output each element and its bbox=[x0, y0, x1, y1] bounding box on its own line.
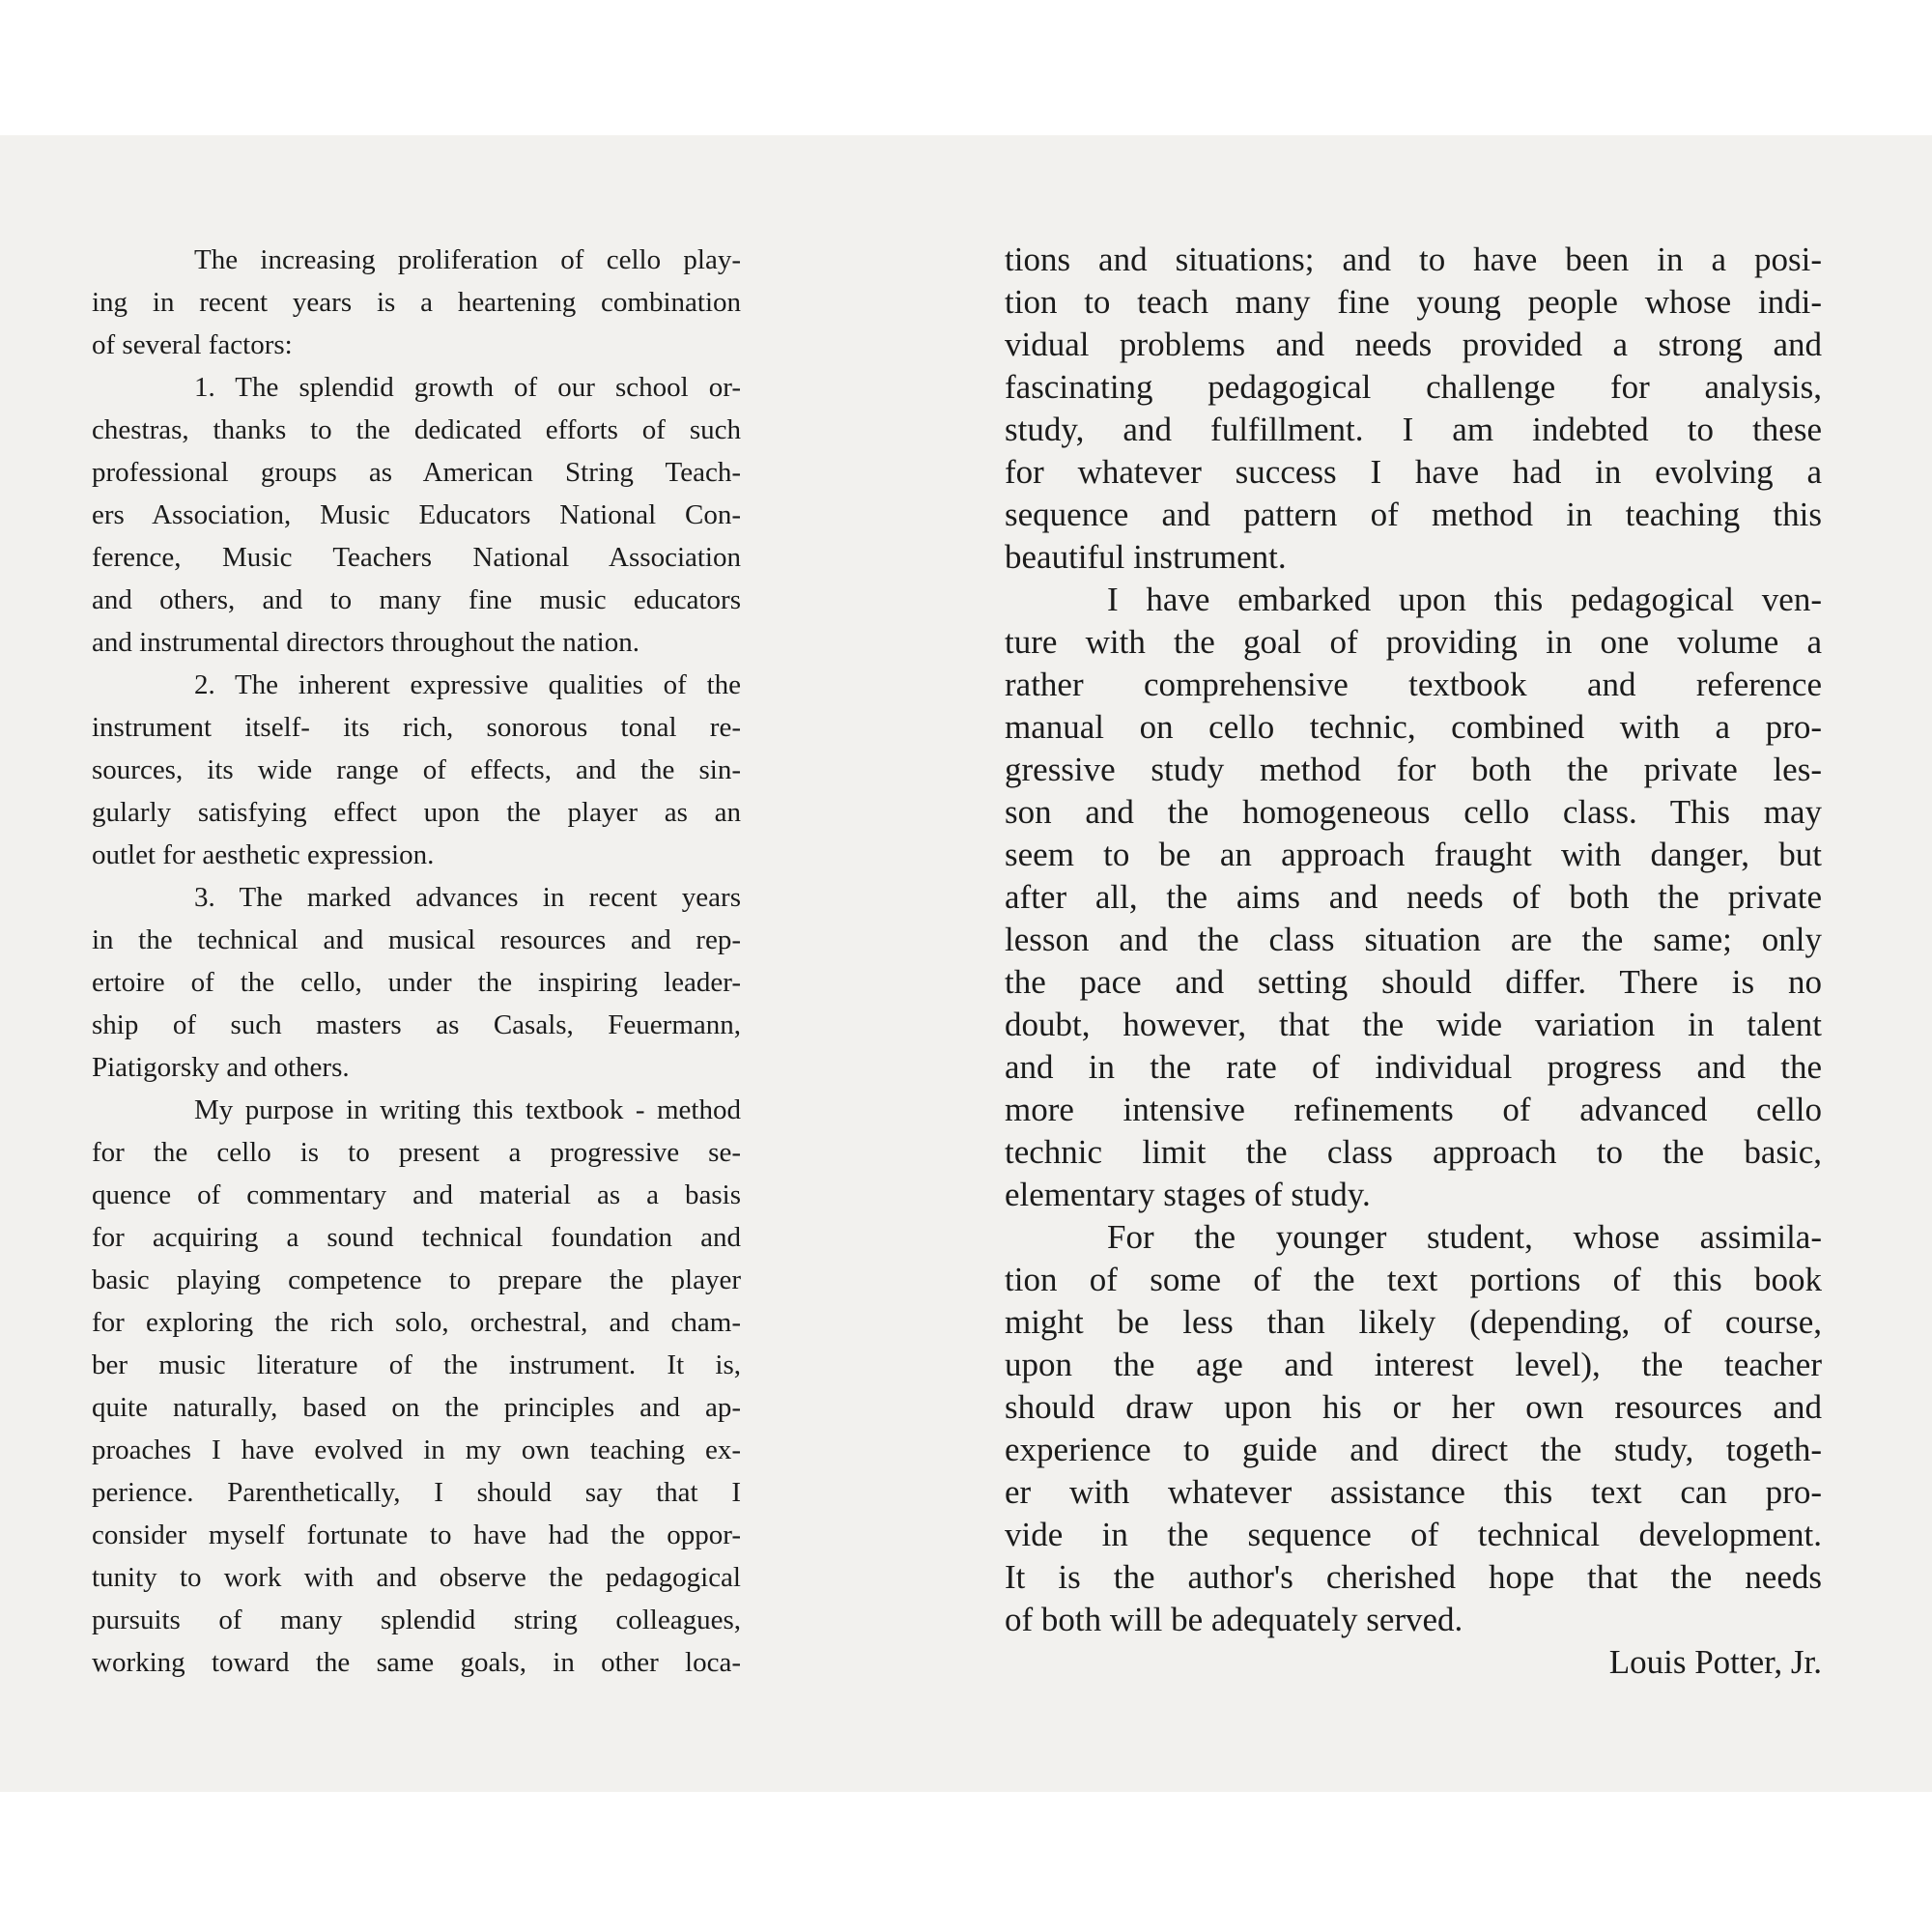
text-line: gressive study method for both the priva… bbox=[1005, 749, 1822, 791]
text-line: basic playing competence to prepare the … bbox=[92, 1259, 741, 1301]
text-line: ertoire of the cello, under the inspirin… bbox=[92, 961, 741, 1004]
text-line: elementary stages of study. bbox=[1005, 1174, 1822, 1216]
text-line: ference, Music Teachers National Associa… bbox=[92, 536, 741, 579]
text-line: ers Association, Music Educators Nationa… bbox=[92, 494, 741, 536]
author-signature: Louis Potter, Jr. bbox=[1005, 1641, 1822, 1684]
text-line: of several factors: bbox=[92, 324, 741, 366]
text-line: for acquiring a sound technical foundati… bbox=[92, 1216, 741, 1259]
text-line: experience to guide and direct the study… bbox=[1005, 1429, 1822, 1471]
text-line: working toward the same goals, in other … bbox=[92, 1641, 741, 1684]
text-line: sequence and pattern of method in teachi… bbox=[1005, 494, 1822, 536]
text-line: for the cello is to present a progressiv… bbox=[92, 1131, 741, 1174]
text-line: for exploring the rich solo, orchestral,… bbox=[92, 1301, 741, 1344]
right-column-lines: tions and situations; and to have been i… bbox=[1005, 239, 1822, 1641]
text-line: instrument itself- its rich, sonorous to… bbox=[92, 706, 741, 749]
text-line: For the younger student, whose assimila- bbox=[1005, 1216, 1822, 1259]
text-line: 3. The marked advances in recent years bbox=[92, 876, 741, 919]
text-line: ber music literature of the instrument. … bbox=[92, 1344, 741, 1386]
text-line: of both will be adequately served. bbox=[1005, 1599, 1822, 1641]
text-line: lesson and the class situation are the s… bbox=[1005, 919, 1822, 961]
text-line: ture with the goal of providing in one v… bbox=[1005, 621, 1822, 664]
screenshot-root: { "page": { "background_color": "#ffffff… bbox=[0, 0, 1932, 1932]
right-text-column: tions and situations; and to have been i… bbox=[1005, 239, 1822, 1684]
text-line: and instrumental directors throughout th… bbox=[92, 621, 741, 664]
text-line: vidual problems and needs provided a str… bbox=[1005, 324, 1822, 366]
text-line: and others, and to many fine music educa… bbox=[92, 579, 741, 621]
text-line: chestras, thanks to the dedicated effort… bbox=[92, 409, 741, 451]
text-line: 2. The inherent expressive qualities of … bbox=[92, 664, 741, 706]
text-line: gularly satisfying effect upon the playe… bbox=[92, 791, 741, 834]
text-line: consider myself fortunate to have had th… bbox=[92, 1514, 741, 1556]
text-line: My purpose in writing this textbook - me… bbox=[92, 1089, 741, 1131]
text-line: Piatigorsky and others. bbox=[92, 1046, 741, 1089]
text-line: seem to be an approach fraught with dang… bbox=[1005, 834, 1822, 876]
text-line: upon the age and interest level), the te… bbox=[1005, 1344, 1822, 1386]
text-line: perience. Parenthetically, I should say … bbox=[92, 1471, 741, 1514]
text-line: for whatever success I have had in evolv… bbox=[1005, 451, 1822, 494]
text-line: beautiful instrument. bbox=[1005, 536, 1822, 579]
text-line: pursuits of many splendid string colleag… bbox=[92, 1599, 741, 1641]
text-line: outlet for aesthetic expression. bbox=[92, 834, 741, 876]
text-line: professional groups as American String T… bbox=[92, 451, 741, 494]
text-line: after all, the aims and needs of both th… bbox=[1005, 876, 1822, 919]
text-line: It is the author's cherished hope that t… bbox=[1005, 1556, 1822, 1599]
text-line: The increasing proliferation of cello pl… bbox=[92, 239, 741, 281]
text-line: son and the homogeneous cello class. Thi… bbox=[1005, 791, 1822, 834]
text-line: manual on cello technic, combined with a… bbox=[1005, 706, 1822, 749]
text-line: I have embarked upon this pedagogical ve… bbox=[1005, 579, 1822, 621]
text-line: quence of commentary and material as a b… bbox=[92, 1174, 741, 1216]
text-line: er with whatever assistance this text ca… bbox=[1005, 1471, 1822, 1514]
text-line: might be less than likely (depending, of… bbox=[1005, 1301, 1822, 1344]
text-line: doubt, however, that the wide variation … bbox=[1005, 1004, 1822, 1046]
text-line: and in the rate of individual progress a… bbox=[1005, 1046, 1822, 1089]
text-line: tion of some of the text portions of thi… bbox=[1005, 1259, 1822, 1301]
left-text-column: The increasing proliferation of cello pl… bbox=[92, 239, 741, 1684]
text-line: in the technical and musical resources a… bbox=[92, 919, 741, 961]
text-line: fascinating pedagogical challenge for an… bbox=[1005, 366, 1822, 409]
text-line: rather comprehensive textbook and refere… bbox=[1005, 664, 1822, 706]
text-line: 1. The splendid growth of our school or- bbox=[92, 366, 741, 409]
text-line: study, and fulfillment. I am indebted to… bbox=[1005, 409, 1822, 451]
text-line: tunity to work with and observe the peda… bbox=[92, 1556, 741, 1599]
text-line: proaches I have evolved in my own teachi… bbox=[92, 1429, 741, 1471]
text-line: ing in recent years is a heartening comb… bbox=[92, 281, 741, 324]
text-line: the pace and setting should differ. Ther… bbox=[1005, 961, 1822, 1004]
text-line: technic limit the class approach to the … bbox=[1005, 1131, 1822, 1174]
text-line: tions and situations; and to have been i… bbox=[1005, 239, 1822, 281]
text-line: sources, its wide range of effects, and … bbox=[92, 749, 741, 791]
text-line: quite naturally, based on the principles… bbox=[92, 1386, 741, 1429]
text-line: ship of such masters as Casals, Feuerman… bbox=[92, 1004, 741, 1046]
text-line: tion to teach many fine young people who… bbox=[1005, 281, 1822, 324]
text-line: should draw upon his or her own resource… bbox=[1005, 1386, 1822, 1429]
text-line: more intensive refinements of advanced c… bbox=[1005, 1089, 1822, 1131]
left-column-lines: The increasing proliferation of cello pl… bbox=[92, 239, 741, 1684]
text-line: vide in the sequence of technical develo… bbox=[1005, 1514, 1822, 1556]
